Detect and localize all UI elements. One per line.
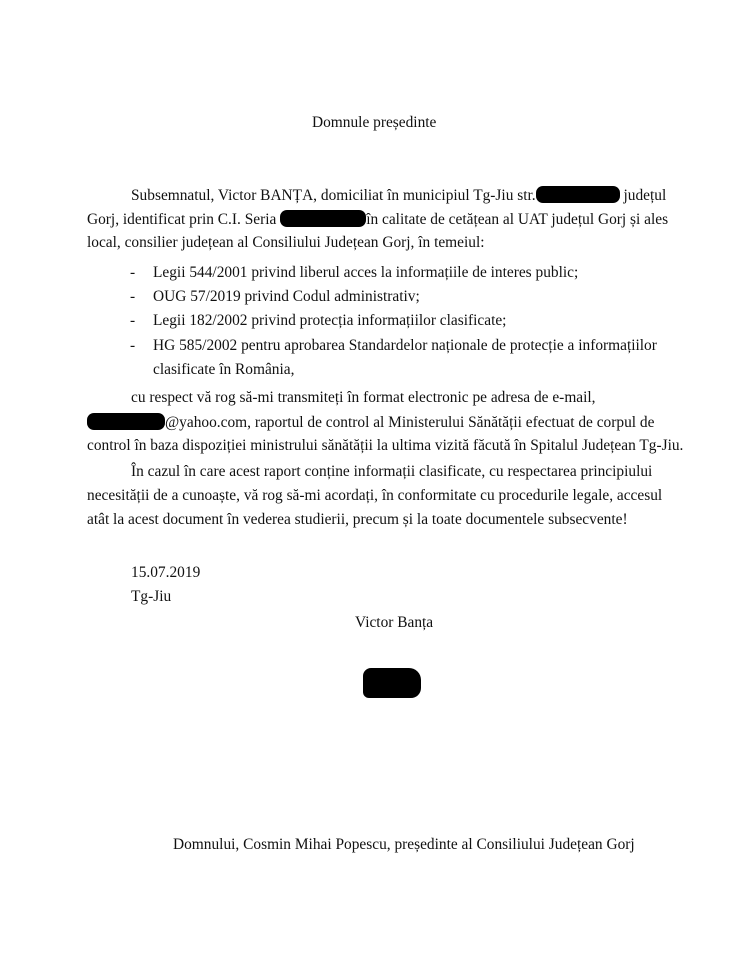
bullet-dash: - [130, 337, 135, 355]
redacted-address [536, 186, 620, 203]
classified-line-3: atât la acest document în vederea studie… [87, 511, 628, 529]
letter-place: Tg-Jiu [131, 588, 171, 606]
bullet-dash: - [130, 288, 135, 306]
classified-line-2: necesității de a cunoaște, vă rog să-mi … [87, 487, 662, 505]
list-item-text: Legii 182/2002 privind protecția informa… [153, 312, 506, 330]
intro-text: județul [624, 187, 667, 204]
intro-line-3: local, consilier județean al Consiliului… [87, 234, 485, 252]
list-item-text: Legii 544/2001 privind liberul acces la … [153, 264, 578, 282]
list-item-continuation: clasificate în România, [153, 361, 294, 379]
bullet-dash: - [130, 312, 135, 330]
intro-text: Gorj, identificat prin C.I. Seria [87, 211, 276, 228]
redacted-email [87, 413, 165, 430]
request-line-1: cu respect vă rog să-mi transmiteți în f… [131, 389, 596, 407]
request-line-2: @yahoo.com, raportul de control al Minis… [87, 413, 654, 432]
intro-text: Subsemnatul, Victor BANȚA, domiciliat în… [131, 187, 536, 204]
intro-line-2: Gorj, identificat prin C.I. Seria în cal… [87, 210, 668, 229]
intro-text: în calitate de cetățean al UAT județul G… [366, 211, 668, 228]
list-item-text: OUG 57/2019 privind Codul administrativ; [153, 288, 420, 306]
request-line-3: control în baza dispoziției ministrului … [87, 437, 683, 455]
classified-line-1: În cazul în care acest raport conține in… [131, 463, 652, 481]
request-text: @yahoo.com, raportul de control al Minis… [165, 414, 654, 431]
bullet-dash: - [130, 264, 135, 282]
signature-name: Victor Banța [355, 614, 433, 632]
letter-heading: Domnule președinte [312, 114, 436, 132]
intro-line-1: Subsemnatul, Victor BANȚA, domiciliat în… [131, 186, 666, 205]
list-item-text: HG 585/2002 pentru aprobarea Standardelo… [153, 337, 657, 355]
redacted-signature [363, 668, 421, 698]
letter-date: 15.07.2019 [131, 564, 200, 582]
addressee: Domnului, Cosmin Mihai Popescu, președin… [173, 836, 635, 854]
redacted-id-series [280, 210, 366, 227]
